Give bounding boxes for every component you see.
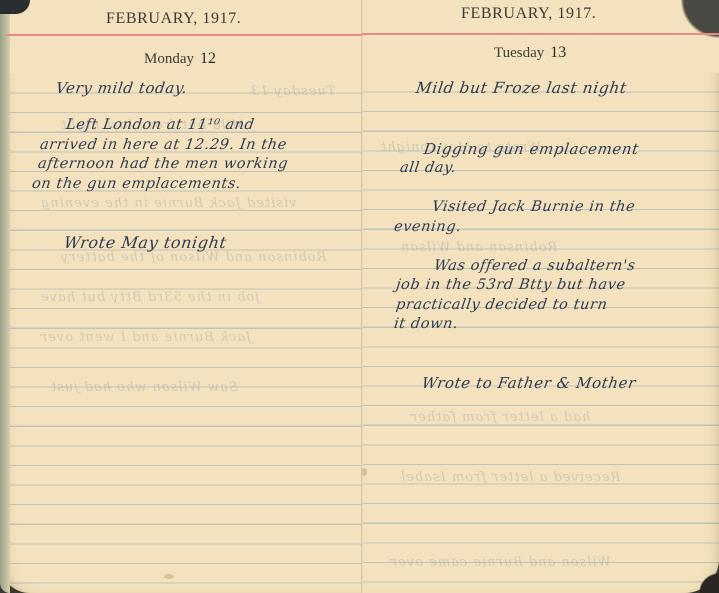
day-heading: Tuesday13 (494, 44, 566, 62)
day-name: Monday (144, 51, 194, 67)
handwritten-line: afternoon had the men working (37, 156, 289, 172)
bleed-through-text: Tuesday 13 (250, 84, 336, 99)
handwritten-line: Digging gun emplacement (423, 140, 640, 158)
handwritten-line: job in the 53rd Btty but have (395, 277, 627, 293)
paper-stain (362, 468, 367, 476)
diary-spread: Tuesday 13 Mild but froze last night vis… (0, 0, 719, 593)
day-heading: Monday12 (144, 50, 216, 68)
handwritten-line: on the gun emplacements. (31, 176, 242, 192)
header-rule (6, 34, 362, 36)
bleed-through-text: Robinson and Wilson of the battery (60, 250, 326, 265)
handwritten-line: Very mild today. (55, 79, 189, 97)
handwritten-line: Mild but Froze last night (415, 79, 628, 97)
handwritten-line: practically decided to turn (395, 297, 609, 313)
handwritten-line: Wrote to Father & Mother (421, 374, 637, 392)
page-edge (0, 0, 10, 593)
header-rule (362, 33, 719, 35)
handwritten-line: all day. (399, 160, 457, 176)
handwritten-line: Visited Jack Burnie in the (431, 199, 636, 215)
paper-stain (164, 574, 174, 579)
handwritten-line: it down. (393, 316, 459, 332)
handwritten-line: evening. (393, 219, 463, 235)
handwritten-line: Wrote May tonight (63, 233, 228, 252)
handwritten-line: Left London at 11¹⁰ and (65, 117, 256, 133)
bleed-through-text: had a letter from father (410, 410, 590, 425)
handwritten-line: arrived in here at 12.29. In the (39, 137, 288, 153)
day-name: Tuesday (494, 45, 544, 61)
bleed-through-text: Jack Burnie and I went over (40, 330, 251, 345)
handwritten-line: Was offered a subaltern's (433, 258, 637, 274)
day-number: 13 (550, 44, 566, 61)
month-header: FEBRUARY, 1917. (106, 10, 241, 28)
cover-corner (679, 0, 719, 50)
bleed-through-text: Wilson and Burnie came over (390, 555, 611, 570)
bleed-through-text: visited Jack Burnie in the evening (40, 196, 297, 211)
cover-corner (697, 571, 719, 593)
month-header: FEBRUARY, 1917. (461, 5, 596, 23)
day-number: 12 (200, 50, 216, 67)
bleed-through-text: Received a letter from Isabel (400, 470, 620, 485)
bleed-through-text: job in the 53rd Btty but have (40, 290, 259, 305)
bleed-through-text: Saw Wilson who had just (50, 380, 238, 395)
book-spine (361, 0, 363, 593)
bleed-through-text: Robinson and Wilson (400, 240, 557, 255)
